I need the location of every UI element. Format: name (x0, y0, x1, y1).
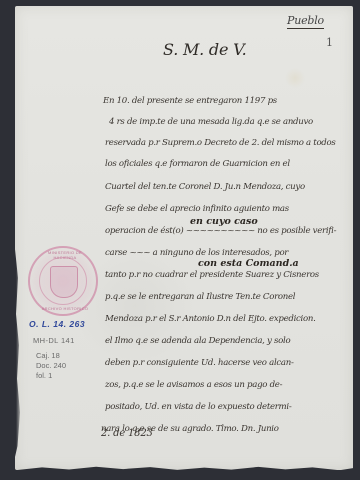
box-number: Caj. 18 (36, 351, 60, 360)
body-line: carse ~~~ a ninguno de los interesados, … (105, 248, 288, 258)
body-line: zos, p.q.e se le avisamos a esos un pago… (105, 380, 282, 390)
manuscript-page (15, 6, 353, 470)
body-line: Mendoza p.r el S.r Antonio D.n del Ejto.… (105, 314, 316, 324)
body-line: p.q.e se le entregaran al Ilustre Ten.te… (105, 292, 295, 302)
coat-of-arms-icon (50, 266, 78, 298)
body-line: reservada p.r Suprem.o Decreto de 2. del… (105, 138, 336, 148)
archive-reference: O. L. 14. 263 (29, 319, 85, 329)
insertion-above-line: con esta Comand.a (198, 258, 299, 269)
body-line: Gefe se debe el aprecio infinito aguient… (105, 204, 289, 214)
stamp-text-bottom: ARCHIVO HISTORICO (38, 306, 92, 311)
folio-reference: fol. 1 (36, 371, 52, 380)
body-line: Cuartel del ten.te Coronel D. Ju.n Mendo… (105, 182, 305, 192)
body-line: 4 rs de imp.te de una mesada lig.da q.e … (109, 117, 313, 127)
body-line: En 10. del presente se entregaron 1197 p… (103, 96, 277, 106)
body-line: el Ilmo q.e se adenda ala Dependencia, y… (105, 336, 290, 346)
body-line: operacion de ést(o) ~~~~~~~~~~ no es pos… (105, 226, 336, 236)
body-line: los oficiales q.e formaron de Guarnicion… (105, 159, 290, 169)
archive-stamp: MINISTERIO DE HACIENDA ARCHIVO HISTORICO (28, 246, 98, 316)
body-line: tanto p.r no cuadrar el presidente Suare… (105, 270, 319, 280)
corner-label: Pueblo (287, 14, 324, 29)
body-line: deben p.r consiguiente Ud. hacerse veo a… (105, 358, 294, 368)
closing-date: 2. de 1823 (101, 428, 153, 439)
body-line: positado, Ud. en vista de lo expuesto de… (105, 402, 291, 412)
salutation: S. M. de V. (163, 40, 247, 59)
folio-number: 1 (326, 36, 333, 49)
shelf-code: MH-DL 141 (33, 336, 75, 345)
insertion-above-line: en cuyo caso (190, 216, 258, 227)
document-number: Doc. 240 (36, 361, 66, 370)
